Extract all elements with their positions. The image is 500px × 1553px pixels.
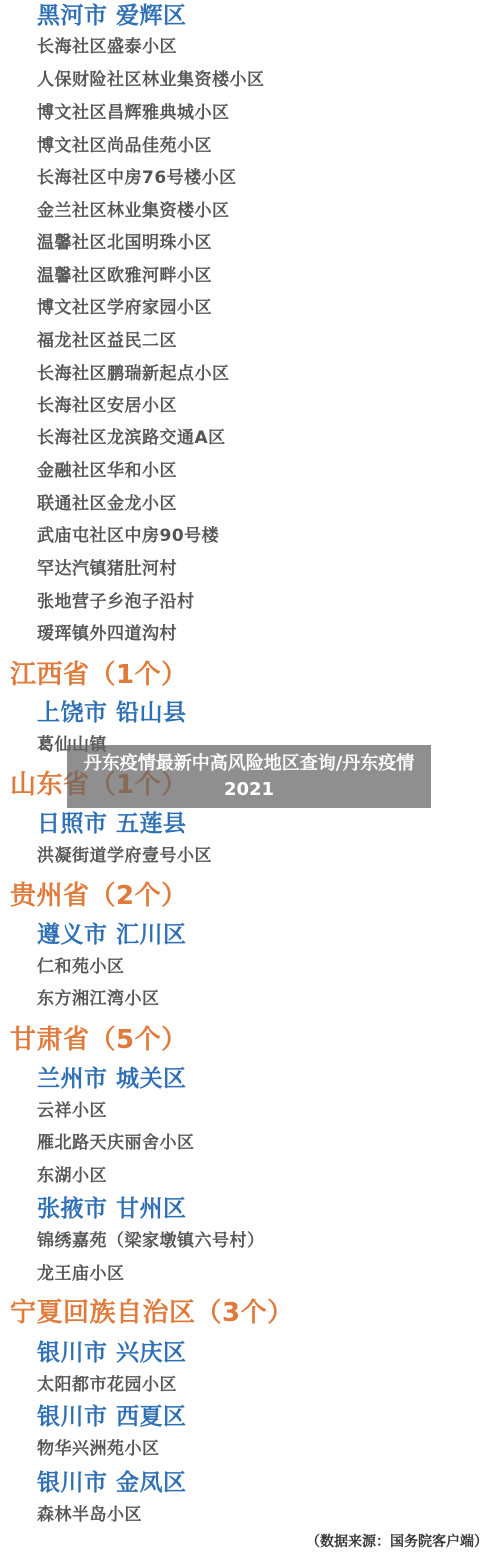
city-district-heading: 遵义市 汇川区 — [37, 924, 187, 947]
area-item: 武庙屯社区中房90号楼 — [37, 528, 219, 545]
area-item: 人保财险社区林业集资楼小区 — [37, 72, 265, 89]
area-item: 金兰社区林业集资楼小区 — [37, 203, 230, 220]
area-item: 东湖小区 — [37, 1168, 107, 1185]
area-item: 洪凝街道学府壹号小区 — [37, 848, 212, 865]
province-heading: 江西省（1个） — [10, 662, 188, 688]
province-heading: 甘肃省（5个） — [10, 1027, 188, 1053]
area-item: 仁和苑小区 — [37, 959, 125, 976]
area-item: 罕达汽镇猪肚河村 — [37, 561, 177, 578]
area-item: 森林半岛小区 — [37, 1507, 142, 1524]
area-item: 联通社区金龙小区 — [37, 496, 177, 513]
area-item: 博文社区学府家园小区 — [37, 300, 212, 317]
city-district-heading: 黑河市 爱辉区 — [37, 5, 187, 28]
area-item: 温馨社区北国明珠小区 — [37, 235, 212, 252]
area-item: 长海社区安居小区 — [37, 398, 177, 415]
city-district-heading: 上饶市 铅山县 — [37, 702, 187, 725]
area-item: 金融社区华和小区 — [37, 463, 177, 480]
area-item: 福龙社区益民二区 — [37, 333, 177, 350]
area-item: 长海社区盛泰小区 — [37, 39, 177, 56]
banner-title: 丹东疫情最新中高风险地区查询/丹东疫情2021 — [77, 751, 421, 803]
city-district-heading: 银川市 兴庆区 — [37, 1342, 187, 1365]
area-item: 温馨社区欧雅河畔小区 — [37, 268, 212, 285]
city-district-heading: 兰州市 城关区 — [37, 1068, 187, 1091]
city-district-heading: 张掖市 甘州区 — [37, 1198, 187, 1221]
area-item: 龙王庙小区 — [37, 1266, 125, 1283]
area-item: 云祥小区 — [37, 1103, 107, 1120]
area-item: 长海社区鹏瑞新起点小区 — [37, 366, 230, 383]
city-district-heading: 银川市 西夏区 — [37, 1406, 187, 1429]
area-item: 太阳都市花园小区 — [37, 1377, 177, 1394]
city-district-heading: 银川市 金凤区 — [37, 1472, 187, 1495]
area-item: 博文社区尚品佳苑小区 — [37, 138, 212, 155]
area-item: 锦绣嘉苑（梁家墩镇六号村） — [37, 1233, 265, 1250]
city-district-heading: 日照市 五莲县 — [37, 813, 187, 836]
area-item: 雁北路天庆丽舍小区 — [37, 1135, 195, 1152]
area-item: 长海社区龙滨路交通A区 — [37, 430, 226, 447]
area-item: 张地营子乡泡子沿村 — [37, 594, 195, 611]
area-item: 物华兴洲苑小区 — [37, 1441, 160, 1458]
province-heading: 贵州省（2个） — [10, 883, 188, 909]
area-item: 长海社区中房76号楼小区 — [37, 170, 237, 187]
province-heading: 宁夏回族自治区（3个） — [10, 1300, 294, 1326]
data-source-note: （数据来源：国务院客户端） — [306, 1535, 488, 1549]
area-item: 瑷珲镇外四道沟村 — [37, 626, 177, 643]
area-item: 东方湘江湾小区 — [37, 991, 160, 1008]
area-item: 博文社区昌辉雅典城小区 — [37, 105, 230, 122]
title-banner[interactable]: 丹东疫情最新中高风险地区查询/丹东疫情2021 — [67, 745, 431, 808]
